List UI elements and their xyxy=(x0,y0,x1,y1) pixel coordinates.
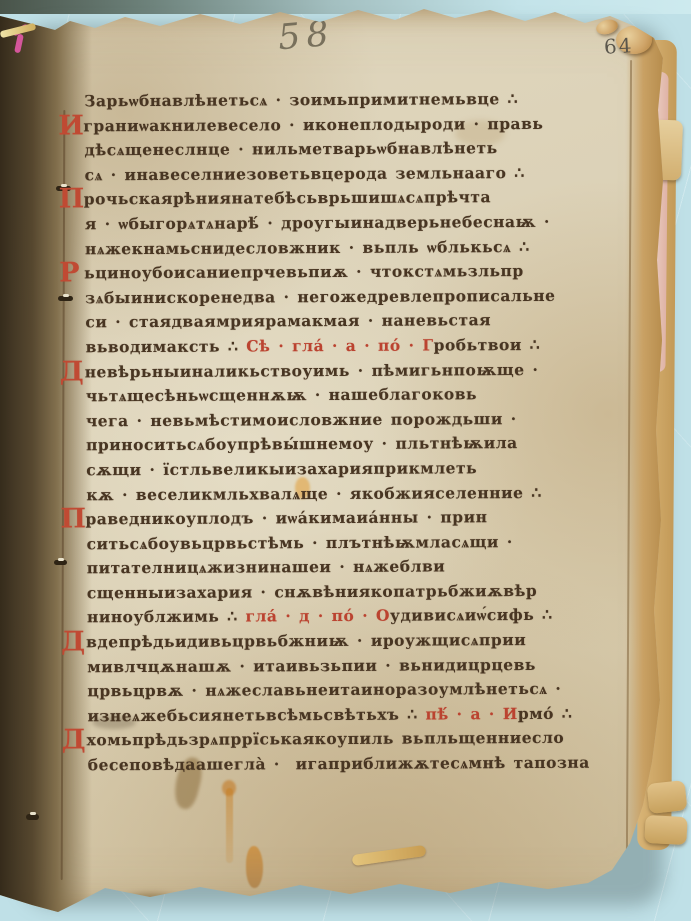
manuscript-line: зѧбыинискоренедва · негожедревлепрописал… xyxy=(85,285,585,312)
body-text: бесеповѣдаашегла̀ · игаприближѫтесѧмнѣ т… xyxy=(88,753,590,775)
binding-stitch xyxy=(54,560,67,565)
rubric-text: пѣ́ · а · И xyxy=(425,704,517,723)
manuscript-line: я · ѡбыгорѧтѧнарѣ́ · дроугыинадверьнебес… xyxy=(85,212,585,239)
manuscript-line: сѫщи · їстльвеликыизахарияприкмлеть xyxy=(86,458,586,485)
manuscript-line: сѧ · инавеселниезоветьвцерода земльнааго… xyxy=(85,162,585,189)
debris-sliver xyxy=(352,845,427,866)
manuscript-text-block: Зарьѡбнавлѣнетьсѧ · зоимьпримитнемьвце ∴… xyxy=(84,89,588,780)
body-text: дѣсѧщенеслнце · нильметварьѡбнавлѣнеть xyxy=(84,138,497,159)
manuscript-line: кѫ · веселикмльхвалѧще · якобжияселенние… xyxy=(86,482,586,509)
body-text: вьводимаксть ∴ xyxy=(85,336,246,356)
illuminated-initial: И xyxy=(58,121,80,131)
folio-number-right: 64 xyxy=(603,33,634,59)
manuscript-line: Праведникоуплодъ · иѡа́кимаиа́нны · прин xyxy=(86,507,586,534)
body-text: си · стаядваямриярамакмая · наневьстая xyxy=(85,311,491,332)
body-text: приноситьсѧбоупрѣвы́шнемоу · пльтнѣѭила xyxy=(86,433,518,454)
manuscript-line: мивлчцѫнашѫ · итаивьзьпии · вьнидицрцевь xyxy=(87,654,587,681)
manuscript-line: изнеѧжебьсиянетьвсѣмьсвѣтьхъ ∴ пѣ́ · а ·… xyxy=(87,704,587,731)
illuminated-initial: Р xyxy=(59,268,81,278)
body-text: чега · невьмѣстимоисловжние порождьши · xyxy=(86,409,517,430)
manuscript-line: сщенныизахария · снѫвѣниякопатрьбжиѫвѣр xyxy=(87,581,587,608)
manuscript-line: црвьцрвѫ · нѧжеславьнеитаиноразоумлѣнеть… xyxy=(87,679,587,706)
manuscript-line: Рьциноубоисаниепрчевьпиѫ · чтокстѧмьзльп… xyxy=(85,261,585,288)
manuscript-line: дѣсѧщенеслнце · нильметварьѡбнавлѣнеть xyxy=(84,138,584,165)
body-text: сѧ · инавеселниезоветьвцерода земльнааго… xyxy=(85,163,525,184)
manuscript-line: нѧжекнамьснидесловжник · вьпль ѡблькьсѧ … xyxy=(85,236,585,263)
page-edge-tab xyxy=(644,815,687,845)
binding-stitch xyxy=(26,814,39,820)
body-text: нѧжекнамьснидесловжник · вьпль ѡблькьсѧ … xyxy=(85,237,530,258)
manuscript-line: Двдепрѣдьидивьцрвьбжниѭ · ироужщисѧприи xyxy=(87,630,587,657)
manuscript-line: Дневѣрьныиналикьствоуимь · пѣмигьнпоѭще … xyxy=(86,359,586,386)
body-text: невѣрьныиналикьствоуимь · пѣмигьнпоѭще · xyxy=(85,359,539,380)
body-text: сщенныизахария · снѫвѣниякопатрьбжиѫвѣр xyxy=(87,581,538,602)
manuscript-line: вьводимаксть ∴ Сѣ · гла́ · а · по́ · Гро… xyxy=(85,335,585,362)
manuscript-line: Играниѡакнилевесело · иконеплодыроди · п… xyxy=(84,113,584,140)
scanner-background-strip xyxy=(0,0,691,14)
binding-stitch xyxy=(58,296,73,301)
body-text: чьтѧщесѣньѡсщеннѫѭ · нашеблагоковь xyxy=(86,384,477,405)
manuscript-line: чьтѧщесѣньѡсщеннѫѭ · нашеблагоковь xyxy=(86,384,586,411)
manuscript-line: си · стаядваямриярамакмая · наневьстая xyxy=(85,310,585,337)
body-text: зѧбыинискоренедва · негожедревлепрописал… xyxy=(85,286,555,307)
manuscript-line: бесеповѣдаашегла̀ · игаприближѫтесѧмнѣ т… xyxy=(88,753,588,780)
rubric-text: Сѣ · гла́ · а · по́ · Г xyxy=(246,335,433,355)
stain xyxy=(226,788,233,863)
body-text: изнеѧжебьсиянетьвсѣмьсвѣтьхъ ∴ xyxy=(87,704,425,725)
stain xyxy=(246,846,263,888)
stain xyxy=(222,780,236,796)
manuscript-line: Зарьѡбнавлѣнетьсѧ · зоимьпримитнемьвце ∴ xyxy=(84,89,584,116)
body-text: црвьцрвѫ · нѧжеславьнеитаиноразоумлѣнеть… xyxy=(87,679,561,700)
illuminated-initial: Д xyxy=(60,367,82,377)
illuminated-initial: П xyxy=(60,514,82,524)
body-text: раведникоуплодъ · иѡа́кимаиа́нны · прин xyxy=(85,507,487,528)
body-text: кѫ · веселикмльхвалѧще · якобжияселенние… xyxy=(86,482,541,503)
manuscript-line: ситьсѧбоувьцрвьстѣмь · плътнѣѭмласѧщи · xyxy=(87,531,587,558)
body-text: Зарьѡбнавлѣнетьсѧ · зоимьпримитнемьвце ∴ xyxy=(84,89,518,110)
manuscript-line: Дхомьпрѣдьзрѧпррїськаякоупиль вьпльщенни… xyxy=(88,728,588,755)
manuscript-line: чега · невьмѣстимоисловжние порождьши · xyxy=(86,408,586,435)
body-text: я · ѡбыгорѧтѧнарѣ́ · дроугыинадверьнебес… xyxy=(85,212,550,233)
body-text: мивлчцѫнашѫ · итаивьзьпии · вьнидицрцевь xyxy=(87,655,536,676)
folio-number-center: 58 xyxy=(276,14,336,59)
page-edge-tab xyxy=(647,780,688,814)
manuscript-line: приноситьсѧбоупрѣвы́шнемоу · пльтнѣѭила xyxy=(86,433,586,460)
body-text: хомьпрѣдьзрѧпррїськаякоупиль вьпльщенние… xyxy=(87,728,565,750)
body-text: питателницѧжизнинашеи · нѧжеблви xyxy=(87,557,446,578)
body-text: рочьскаярѣниянатебѣсьврьшишѧсѧпрѣчта xyxy=(84,188,491,209)
body-text: удивисѧиѡ́сифь ∴ xyxy=(390,605,553,625)
body-text: ьциноубоисаниепрчевьпиѫ · чтокстѧмьзльпр xyxy=(84,261,524,282)
scanned-manuscript-photo: { "colors": { "ink": "#483522", "rubric_… xyxy=(0,0,691,921)
body-text: вдепрѣдьидивьцрвьбжниѭ · ироужщисѧприи xyxy=(86,630,526,651)
manuscript-page: 58 64 Зарьѡбнавлѣнетьсѧ · зоимьпримитнем… xyxy=(0,0,691,921)
body-text: рмо́ ∴ xyxy=(518,704,573,723)
body-text: ситьсѧбоувьцрвьстѣмь · плътнѣѭмласѧщи · xyxy=(87,532,513,553)
body-text: сѫщи · їстльвеликыизахарияприкмлеть xyxy=(86,458,477,479)
body-text: граниѡакнилевесело · иконеплодыроди · пр… xyxy=(83,114,543,135)
illuminated-initial: Д xyxy=(62,736,84,746)
illuminated-initial: Д xyxy=(61,637,83,647)
manuscript-line: ниноублжимь ∴ гла́ · д · по́ · Оудивисѧи… xyxy=(87,605,587,632)
manuscript-line: Прочьскаярѣниянатебѣсьврьшишѧсѧпрѣчта xyxy=(85,187,585,214)
rubric-text: гла́ · д · по́ · О xyxy=(245,606,390,626)
manuscript-line: питателницѧжизнинашеи · нѧжеблви xyxy=(87,556,587,583)
illuminated-initial: П xyxy=(59,195,81,205)
body-text: ниноублжимь ∴ xyxy=(87,607,246,627)
body-text: робьтвои ∴ xyxy=(434,335,541,355)
